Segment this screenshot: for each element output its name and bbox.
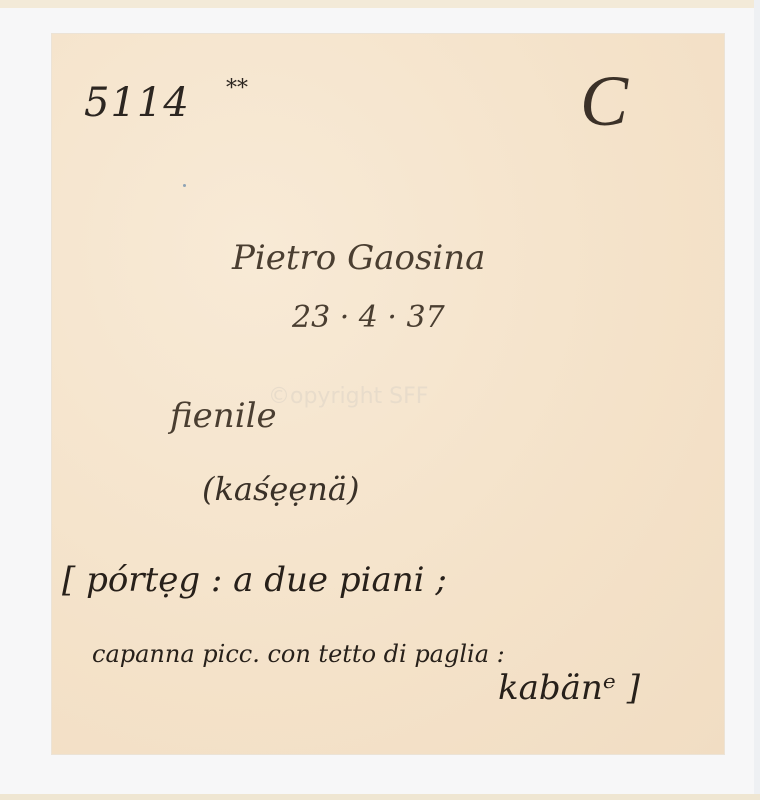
- italian-term: fienile: [170, 396, 277, 436]
- catalog-marks: **: [226, 76, 248, 101]
- corner-letter: C: [580, 60, 628, 143]
- copyright-watermark: ©opyright SFF: [268, 384, 428, 409]
- note-line-3: kabänᵉ ]: [498, 668, 640, 708]
- scan-bottom-edge: [0, 794, 760, 800]
- scan-top-edge: [0, 0, 760, 8]
- note-line-1: [ pórtẹg : a due piani ;: [62, 560, 447, 600]
- informant-name: Pietro Gaosina: [232, 238, 485, 278]
- catalog-number: 5114: [84, 80, 190, 126]
- note-line-2: capanna picc. con tetto di paglia :: [92, 640, 505, 668]
- ink-speck: [183, 184, 186, 187]
- record-date: 23 · 4 · 37: [292, 300, 445, 335]
- dialect-term: (kaśẹẹnä): [202, 470, 359, 508]
- scan-right-edge: [754, 0, 760, 800]
